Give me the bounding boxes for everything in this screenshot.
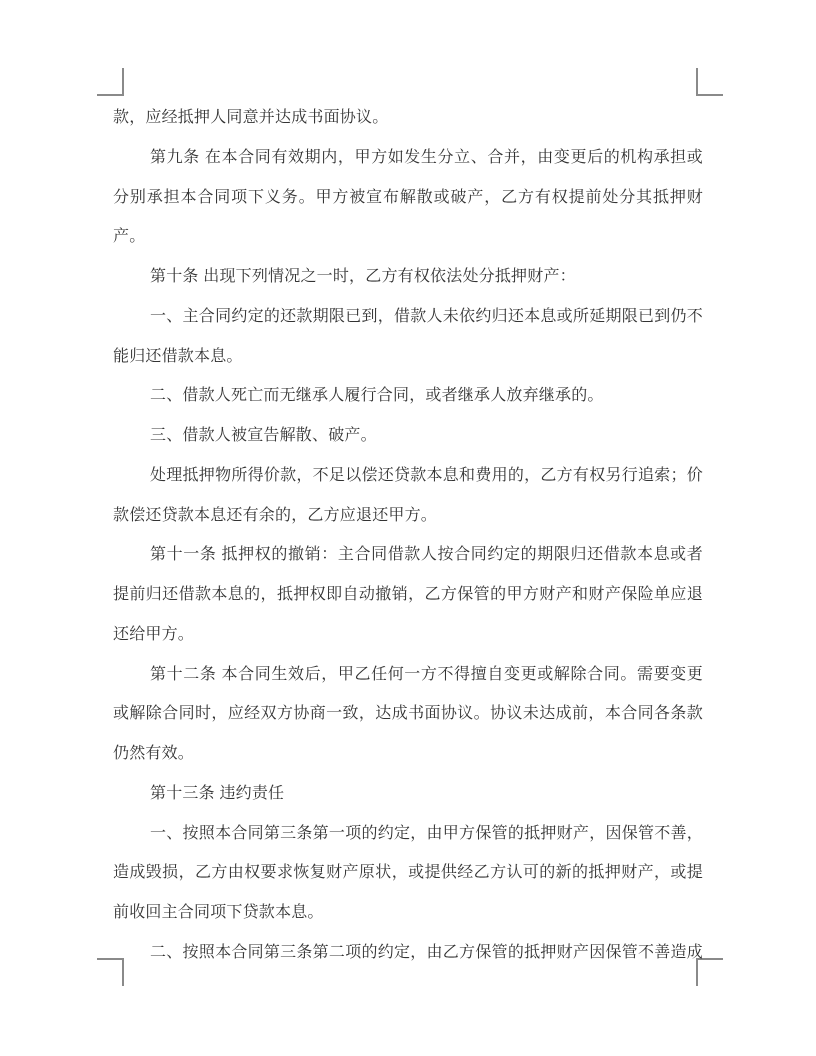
text-line: 或解除合同时，应经双方协商一致，达成书面协议。协议未达成前，本合同各条款: [113, 694, 703, 734]
text-line-clause-10: 第十条 出现下列情况之一时，乙方有权依法处分抵押财产：: [113, 257, 703, 297]
text-line: 能归还借款本息。: [113, 337, 703, 377]
text-line: 前收回主合同项下贷款本息。: [113, 893, 703, 933]
text-line-clause-9: 第九条 在本合同有效期内，甲方如发生分立、合并，由变更后的机构承担或: [113, 138, 703, 178]
document-page: 款，应经抵押人同意并达成书面协议。 第九条 在本合同有效期内，甲方如发生分立、合…: [0, 0, 816, 1056]
text-line-clause-13: 第十三条 违约责任: [113, 774, 703, 814]
text-line: 仍然有效。: [113, 734, 703, 774]
text-line: 还给甲方。: [113, 615, 703, 655]
text-line: 提前归还借款本息的，抵押权即自动撤销，乙方保管的甲方财产和财产保险单应退: [113, 575, 703, 615]
text-line: 款，应经抵押人同意并达成书面协议。: [113, 98, 703, 138]
crop-mark-top-left-icon: [97, 68, 124, 96]
text-line-item-2: 二、借款人死亡而无继承人履行合同，或者继承人放弃继承的。: [113, 376, 703, 416]
text-line-item-1: 一、按照本合同第三条第一项的约定，由甲方保管的抵押财产，因保管不善，: [113, 814, 703, 854]
crop-mark-top-right-icon: [696, 68, 723, 96]
text-line: 款偿还贷款本息还有余的，乙方应退还甲方。: [113, 496, 703, 536]
text-line-item-2: 二、按照本合同第三条第二项的约定，由乙方保管的抵押财产因保管不善造成: [113, 933, 703, 973]
text-line: 产。: [113, 217, 703, 257]
text-line: 处理抵押物所得价款，不足以偿还贷款本息和费用的，乙方有权另行追索；价: [113, 456, 703, 496]
text-line-clause-12: 第十二条 本合同生效后，甲乙任何一方不得擅自变更或解除合同。需要变更: [113, 655, 703, 695]
text-line-item-3: 三、借款人被宣告解散、破产。: [113, 416, 703, 456]
text-line: 分别承担本合同项下义务。甲方被宣布解散或破产，乙方有权提前处分其抵押财: [113, 178, 703, 218]
text-line-clause-11: 第十一条 抵押权的撤销：主合同借款人按合同约定的期限归还借款本息或者: [113, 535, 703, 575]
text-line: 造成毁损，乙方由权要求恢复财产原状，或提供经乙方认可的新的抵押财产，或提: [113, 853, 703, 893]
contract-body-text: 款，应经抵押人同意并达成书面协议。 第九条 在本合同有效期内，甲方如发生分立、合…: [113, 98, 703, 973]
text-line-item-1: 一、主合同约定的还款期限已到，借款人未依约归还本息或所延期限已到仍不: [113, 297, 703, 337]
